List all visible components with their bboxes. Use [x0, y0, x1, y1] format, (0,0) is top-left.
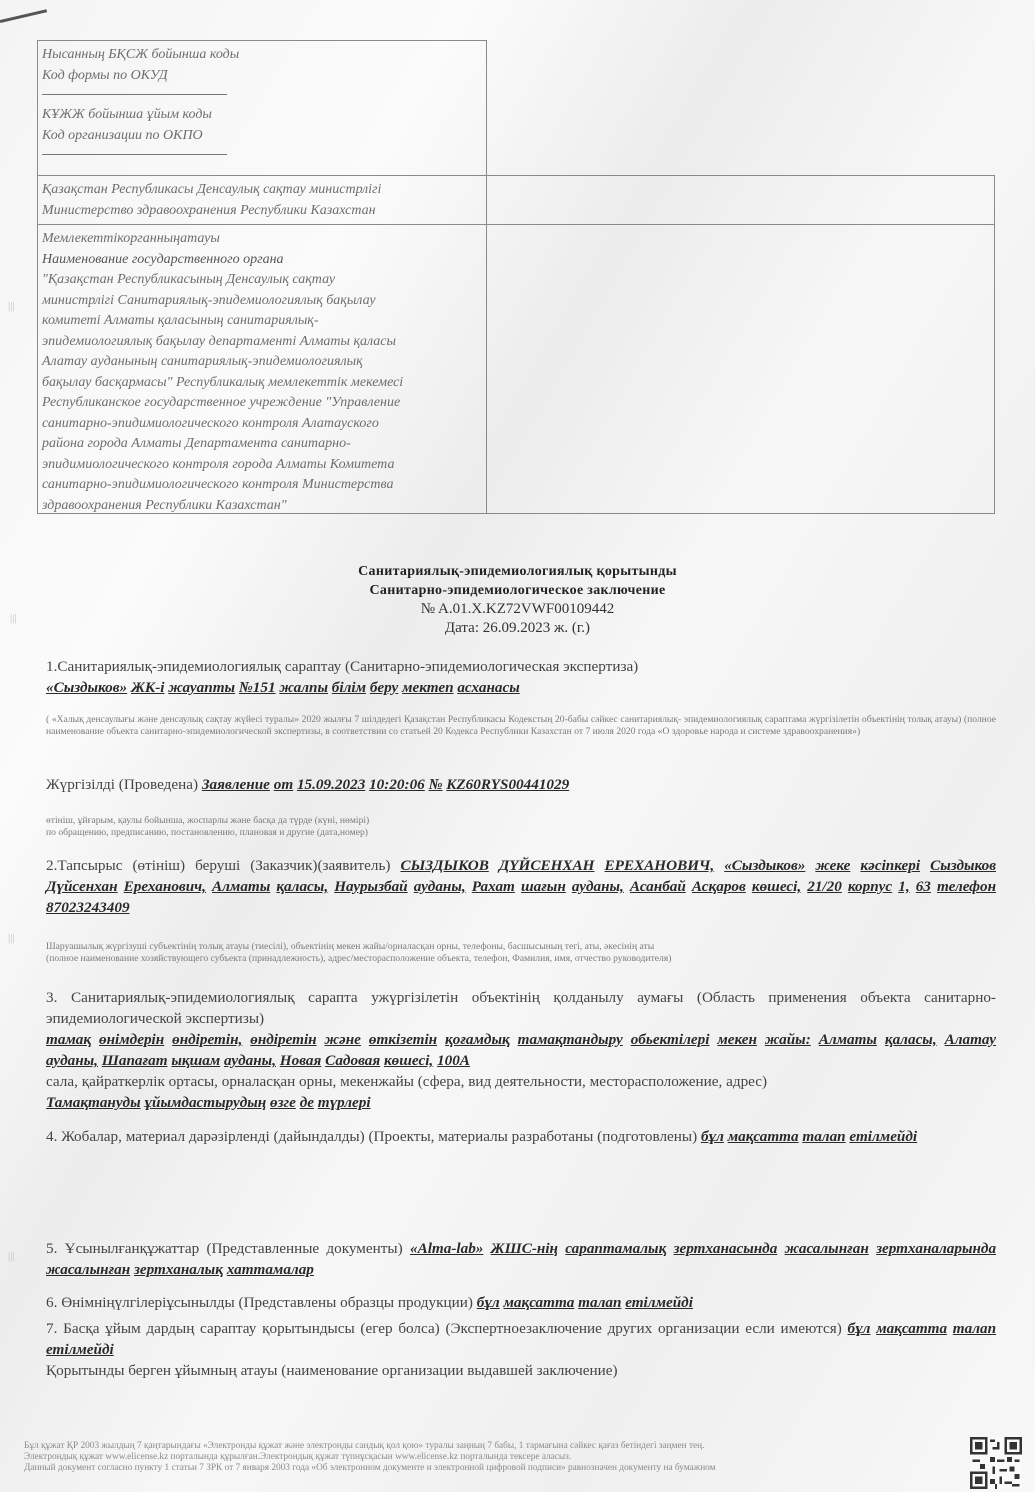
filled-value-word: от: [274, 776, 293, 793]
footer-line-2: Электрондық құжат www.elicense.kz портал…: [24, 1452, 964, 1463]
footer-line-1: Бұл құжат ҚР 2003 жылдың 7 қаңтарындағы …: [24, 1441, 964, 1452]
filled-value-word: ауданы,: [414, 878, 466, 895]
filled-value-word: 100А: [437, 1052, 470, 1069]
filled-value-word: №: [429, 776, 443, 793]
filled-value-word: Тамақтануды: [46, 1094, 141, 1111]
filled-value-word: қаласы,: [276, 878, 328, 895]
filled-value-word: ұйымдастырудың: [144, 1094, 266, 1111]
filled-value-word: Алматы: [819, 1031, 877, 1048]
section-5: 5. Ұсынылғанқұжаттар (Представленные док…: [46, 1238, 996, 1280]
authority-cell: Мемлекеттікорганныңатауы Наименование го…: [37, 224, 487, 514]
filled-value-word: Алматы: [212, 878, 270, 895]
filled-value-word: өнімдерін: [99, 1031, 164, 1048]
filled-value-word: көшесі,: [384, 1052, 433, 1069]
filled-value-word: білім: [332, 679, 366, 696]
footer-legal-note: Бұл құжат ҚР 2003 жылдың 7 қаңтарындағы …: [24, 1441, 964, 1474]
filled-value-word: «Сыздыков»: [724, 857, 805, 874]
footer-line-3: Данный документ согласно пункту 1 статьи…: [24, 1463, 964, 1474]
authority-name-line: бақылау басқармасы" Республикалық мемлек…: [42, 373, 482, 394]
filled-value-word: корпус: [848, 878, 892, 895]
filled-value-word: «Alma-lab»: [410, 1240, 483, 1257]
document-date: Дата: 26.09.2023 ж. (г.): [0, 619, 1035, 638]
section-6-value: бұл мақсатта талап етілмейді: [477, 1294, 693, 1311]
filled-value-word: Рахат: [472, 878, 515, 895]
filled-value-word: асханасы: [457, 679, 519, 696]
authority-right-cell: [486, 224, 995, 514]
filled-value-word: етілмейді: [625, 1294, 693, 1311]
filled-value-word: СЫЗДЫКОВ: [400, 857, 488, 874]
filled-value-word: 1,: [898, 878, 909, 895]
filled-value-word: өндіретін: [250, 1031, 316, 1048]
form-codes-cell: Нысанның БҚСЖ бойынша коды Код формы по …: [37, 40, 487, 176]
form-code-blank: [42, 94, 227, 95]
org-code-ru: Код организации по ОКПО: [42, 126, 482, 147]
filled-value-word: №151: [239, 679, 276, 696]
filled-value-word: Новая: [280, 1052, 322, 1069]
section-4-value: бұл мақсатта талап етілмейді: [701, 1128, 917, 1145]
filled-value-word: түрлері: [318, 1094, 371, 1111]
section-2-note: Шаруашылық жүргізуші субъектінің толық а…: [46, 941, 996, 964]
ministry-cell: Қазақстан Республикасы Денсаулық сақтау …: [37, 175, 487, 225]
org-code-blank: [42, 154, 227, 155]
filled-value-word: көшесі,: [752, 878, 801, 895]
filled-value-word: Асқаров: [692, 878, 746, 895]
pen-mark: [0, 9, 47, 23]
filled-value-word: 10:20:06: [369, 776, 425, 793]
section-1: 1.Санитариялық-эпидемиологиялық сараптау…: [46, 656, 996, 698]
filled-value-word: қоғамдық: [445, 1031, 510, 1048]
filled-value-word: KZ60RYS00441029: [446, 776, 569, 793]
filled-value-word: тамақтандыру: [518, 1031, 623, 1048]
filled-value-word: талап: [802, 1128, 845, 1145]
filled-value-word: ЖШС-нің: [491, 1240, 558, 1257]
section-7: 7. Басқа ұйым дардың сараптау қорытындыс…: [46, 1318, 996, 1381]
filled-value-word: беру: [370, 679, 398, 696]
filled-value-word: Сыздыков: [930, 857, 996, 874]
ministry-ru: Министерство здравоохранения Республики …: [42, 201, 482, 222]
section-4: 4. Жобалар, материал дарәзірленді (дайын…: [46, 1126, 996, 1147]
ministry-kz: Қазақстан Республикасы Денсаулық сақтау …: [42, 180, 482, 201]
authority-name-line: "Қазақстан Республикасының Денсаулық сақ…: [42, 270, 482, 291]
filled-value-word: ЖК-і: [131, 679, 165, 696]
filled-value-word: обьектілері: [631, 1031, 710, 1048]
section-2: 2.Тапсырыс (өтініш) беруші (Заказчик)(за…: [46, 855, 996, 918]
filled-value-word: хаттамалар: [227, 1261, 314, 1278]
filled-value-word: шағын: [521, 878, 566, 895]
filled-value-word: талап: [578, 1294, 621, 1311]
section-6: 6. Өнімніңүлгілеріұсынылды (Представлены…: [46, 1292, 996, 1313]
authority-name-line: эпидимиологического контроля города Алма…: [42, 455, 482, 476]
conducted: Жүргізілді (Проведена) Заявление от 15.0…: [46, 774, 996, 795]
section-3-value: тамақ өнімдерін өндіретін, өндіретін жән…: [46, 1031, 996, 1069]
section-4-label: 4. Жобалар, материал дарәзірленді (дайын…: [46, 1128, 697, 1145]
filled-value-word: мекен: [717, 1031, 757, 1048]
filled-value-word: етілмейді: [46, 1341, 114, 1358]
authority-name-line: санитарно-эпидимиологического контроля А…: [42, 414, 482, 435]
section-2-note-ru: (полное наименование хозяйствующего субъ…: [46, 953, 996, 965]
filled-value-word: Ереханович,: [124, 878, 206, 895]
filled-value-word: Шапағат: [102, 1052, 168, 1069]
margin-mark: |||: [8, 300, 15, 312]
filled-value-word: бұл: [701, 1128, 724, 1145]
filled-value-word: Заявление: [202, 776, 270, 793]
filled-value-word: кәсіпкері: [860, 857, 920, 874]
authority-name-line: эпидемиологиялық бақылау департаменті Ал…: [42, 332, 482, 353]
filled-value-word: 15.09.2023: [297, 776, 365, 793]
filled-value-word: бұл: [477, 1294, 500, 1311]
filled-value-word: зертханасында: [674, 1240, 778, 1257]
title-kz: Санитариялық-эпидемиологиялық қорытынды: [0, 562, 1035, 581]
authority-label-kz: Мемлекеттікорганныңатауы: [42, 229, 482, 250]
filled-value-word: мақсатта: [728, 1128, 799, 1145]
section-7-label: 7. Басқа ұйым дардың сараптау қорытындыс…: [46, 1320, 842, 1337]
conducted-label: Жүргізілді (Проведена): [46, 776, 198, 793]
conducted-note-ru: по обращению, предписанию, постановлению…: [46, 827, 996, 839]
filled-value-word: жасалынған: [785, 1240, 869, 1257]
filled-value-word: Асанбай: [630, 878, 686, 895]
filled-value-word: ауданы,: [572, 878, 624, 895]
form-code-kz: Нысанның БҚСЖ бойынша коды: [42, 45, 482, 66]
section-3: 3. Санитариялық-эпидемиологиялық сарапта…: [46, 987, 996, 1113]
authority-name-line: здравоохранения Республики Казахстан": [42, 496, 482, 517]
filled-value-word: жайы:: [765, 1031, 811, 1048]
filled-value-word: 87023243409: [46, 899, 130, 916]
authority-label-ru: Наименование государственного органа: [42, 250, 482, 271]
margin-mark: |||: [8, 932, 15, 944]
conducted-note-kz: өтініш, ұйғарым, қаулы бойынша, жоспарлы…: [46, 815, 996, 827]
filled-value-word: жауапты: [168, 679, 235, 696]
filled-value-word: зертханалық: [134, 1261, 223, 1278]
section-2-label: 2.Тапсырыс (өтініш) беруші (Заказчик)(за…: [46, 857, 390, 874]
filled-value-word: 21/20: [807, 878, 842, 895]
filled-value-word: өткізетін: [369, 1031, 437, 1048]
filled-value-word: ДҮЙСЕНХАН: [499, 857, 595, 874]
document-number: № A.01.X.KZ72VWF00109442: [0, 600, 1035, 619]
filled-value-word: ауданы,: [46, 1052, 98, 1069]
authority-name-line: Алатау ауданының санитариялық-эпидемиоло…: [42, 352, 482, 373]
filled-value-word: 63: [916, 878, 931, 895]
authority-name-line: района города Алматы Департамента санита…: [42, 434, 482, 455]
conducted-note: өтініш, ұйғарым, қаулы бойынша, жоспарлы…: [46, 815, 996, 838]
filled-value-word: етілмейді: [849, 1128, 917, 1145]
section-3-sphere-label: сала, қайраткерлік ортасы, орналасқан ор…: [46, 1073, 767, 1090]
filled-value-word: қаласы,: [885, 1031, 937, 1048]
filled-value-word: жасалынған: [46, 1261, 130, 1278]
filled-value-word: жалпы: [279, 679, 328, 696]
ministry-right-cell: [486, 175, 995, 225]
org-code-kz: КҰЖЖ бойынша ұйым коды: [42, 105, 482, 126]
filled-value-word: мектеп: [402, 679, 453, 696]
filled-value-word: «Сыздыков»: [46, 679, 127, 696]
section-2-note-kz: Шаруашылық жүргізуші субъектінің толық а…: [46, 941, 996, 953]
section-6-label: 6. Өнімніңүлгілеріұсынылды (Представлены…: [46, 1294, 473, 1311]
filled-value-word: де: [300, 1094, 314, 1111]
filled-value-word: жеке: [815, 857, 850, 874]
title-ru: Санитарно-эпидемиологическое заключение: [0, 581, 1035, 600]
filled-value-word: Садовая: [325, 1052, 380, 1069]
filled-value-word: сараптамалық: [565, 1240, 666, 1257]
qr-code-icon: [968, 1437, 1024, 1489]
section-3-label: 3. Санитариялық-эпидемиологиялық сарапта…: [46, 989, 996, 1027]
authority-name-line: комитеті Алматы қаласының санитариялық-: [42, 311, 482, 332]
filled-value-word: ЕРЕХАНОВИЧ,: [605, 857, 715, 874]
section-3-sphere-value: Тамақтануды ұйымдастырудың өзге де түрле…: [46, 1094, 371, 1111]
section-1-label: 1.Санитариялық-эпидемиологиялық сараптау…: [46, 658, 638, 675]
filled-value-word: өзге: [270, 1094, 296, 1111]
authority-name: "Қазақстан Республикасының Денсаулық сақ…: [42, 270, 482, 516]
filled-value-word: және: [325, 1031, 361, 1048]
filled-value-word: Алатау: [945, 1031, 996, 1048]
section-1-value: «Сыздыков» ЖК-і жауапты №151 жалпы білім…: [46, 679, 520, 696]
filled-value-word: өндіретін,: [172, 1031, 242, 1048]
section-5-label: 5. Ұсынылғанқұжаттар (Представленные док…: [46, 1240, 403, 1257]
filled-value-word: тамақ: [46, 1031, 91, 1048]
filled-value-word: ауданы,: [224, 1052, 276, 1069]
section-1-note: ( «Халық денсаулығы және денсаулық сақта…: [46, 714, 996, 737]
filled-value-word: мақсатта: [876, 1320, 947, 1337]
filled-value-word: зертханаларында: [876, 1240, 996, 1257]
filled-value-word: ықшам: [171, 1052, 220, 1069]
document-title: Санитариялық-эпидемиологиялық қорытынды …: [0, 562, 1035, 637]
filled-value-word: бұл: [847, 1320, 870, 1337]
conducted-value: Заявление от 15.09.2023 10:20:06 № KZ60R…: [202, 776, 569, 793]
margin-mark: |||: [8, 1250, 15, 1262]
filled-value-word: телефон: [937, 878, 996, 895]
form-code-ru: Код формы по ОКУД: [42, 66, 482, 87]
authority-name-line: министрлігі Санитариялық-эпидемиологиялы…: [42, 291, 482, 312]
filled-value-word: талап: [953, 1320, 996, 1337]
filled-value-word: Наурызбай: [334, 878, 407, 895]
authority-name-line: Республиканское государственное учрежден…: [42, 393, 482, 414]
filled-value-word: мақсатта: [504, 1294, 575, 1311]
authority-name-line: санитарно-эпидимиологического контроля М…: [42, 475, 482, 496]
issuer-label: Қорытынды берген ұйымның атауы (наименов…: [46, 1362, 618, 1379]
filled-value-word: Дүйсенхан: [46, 878, 118, 895]
